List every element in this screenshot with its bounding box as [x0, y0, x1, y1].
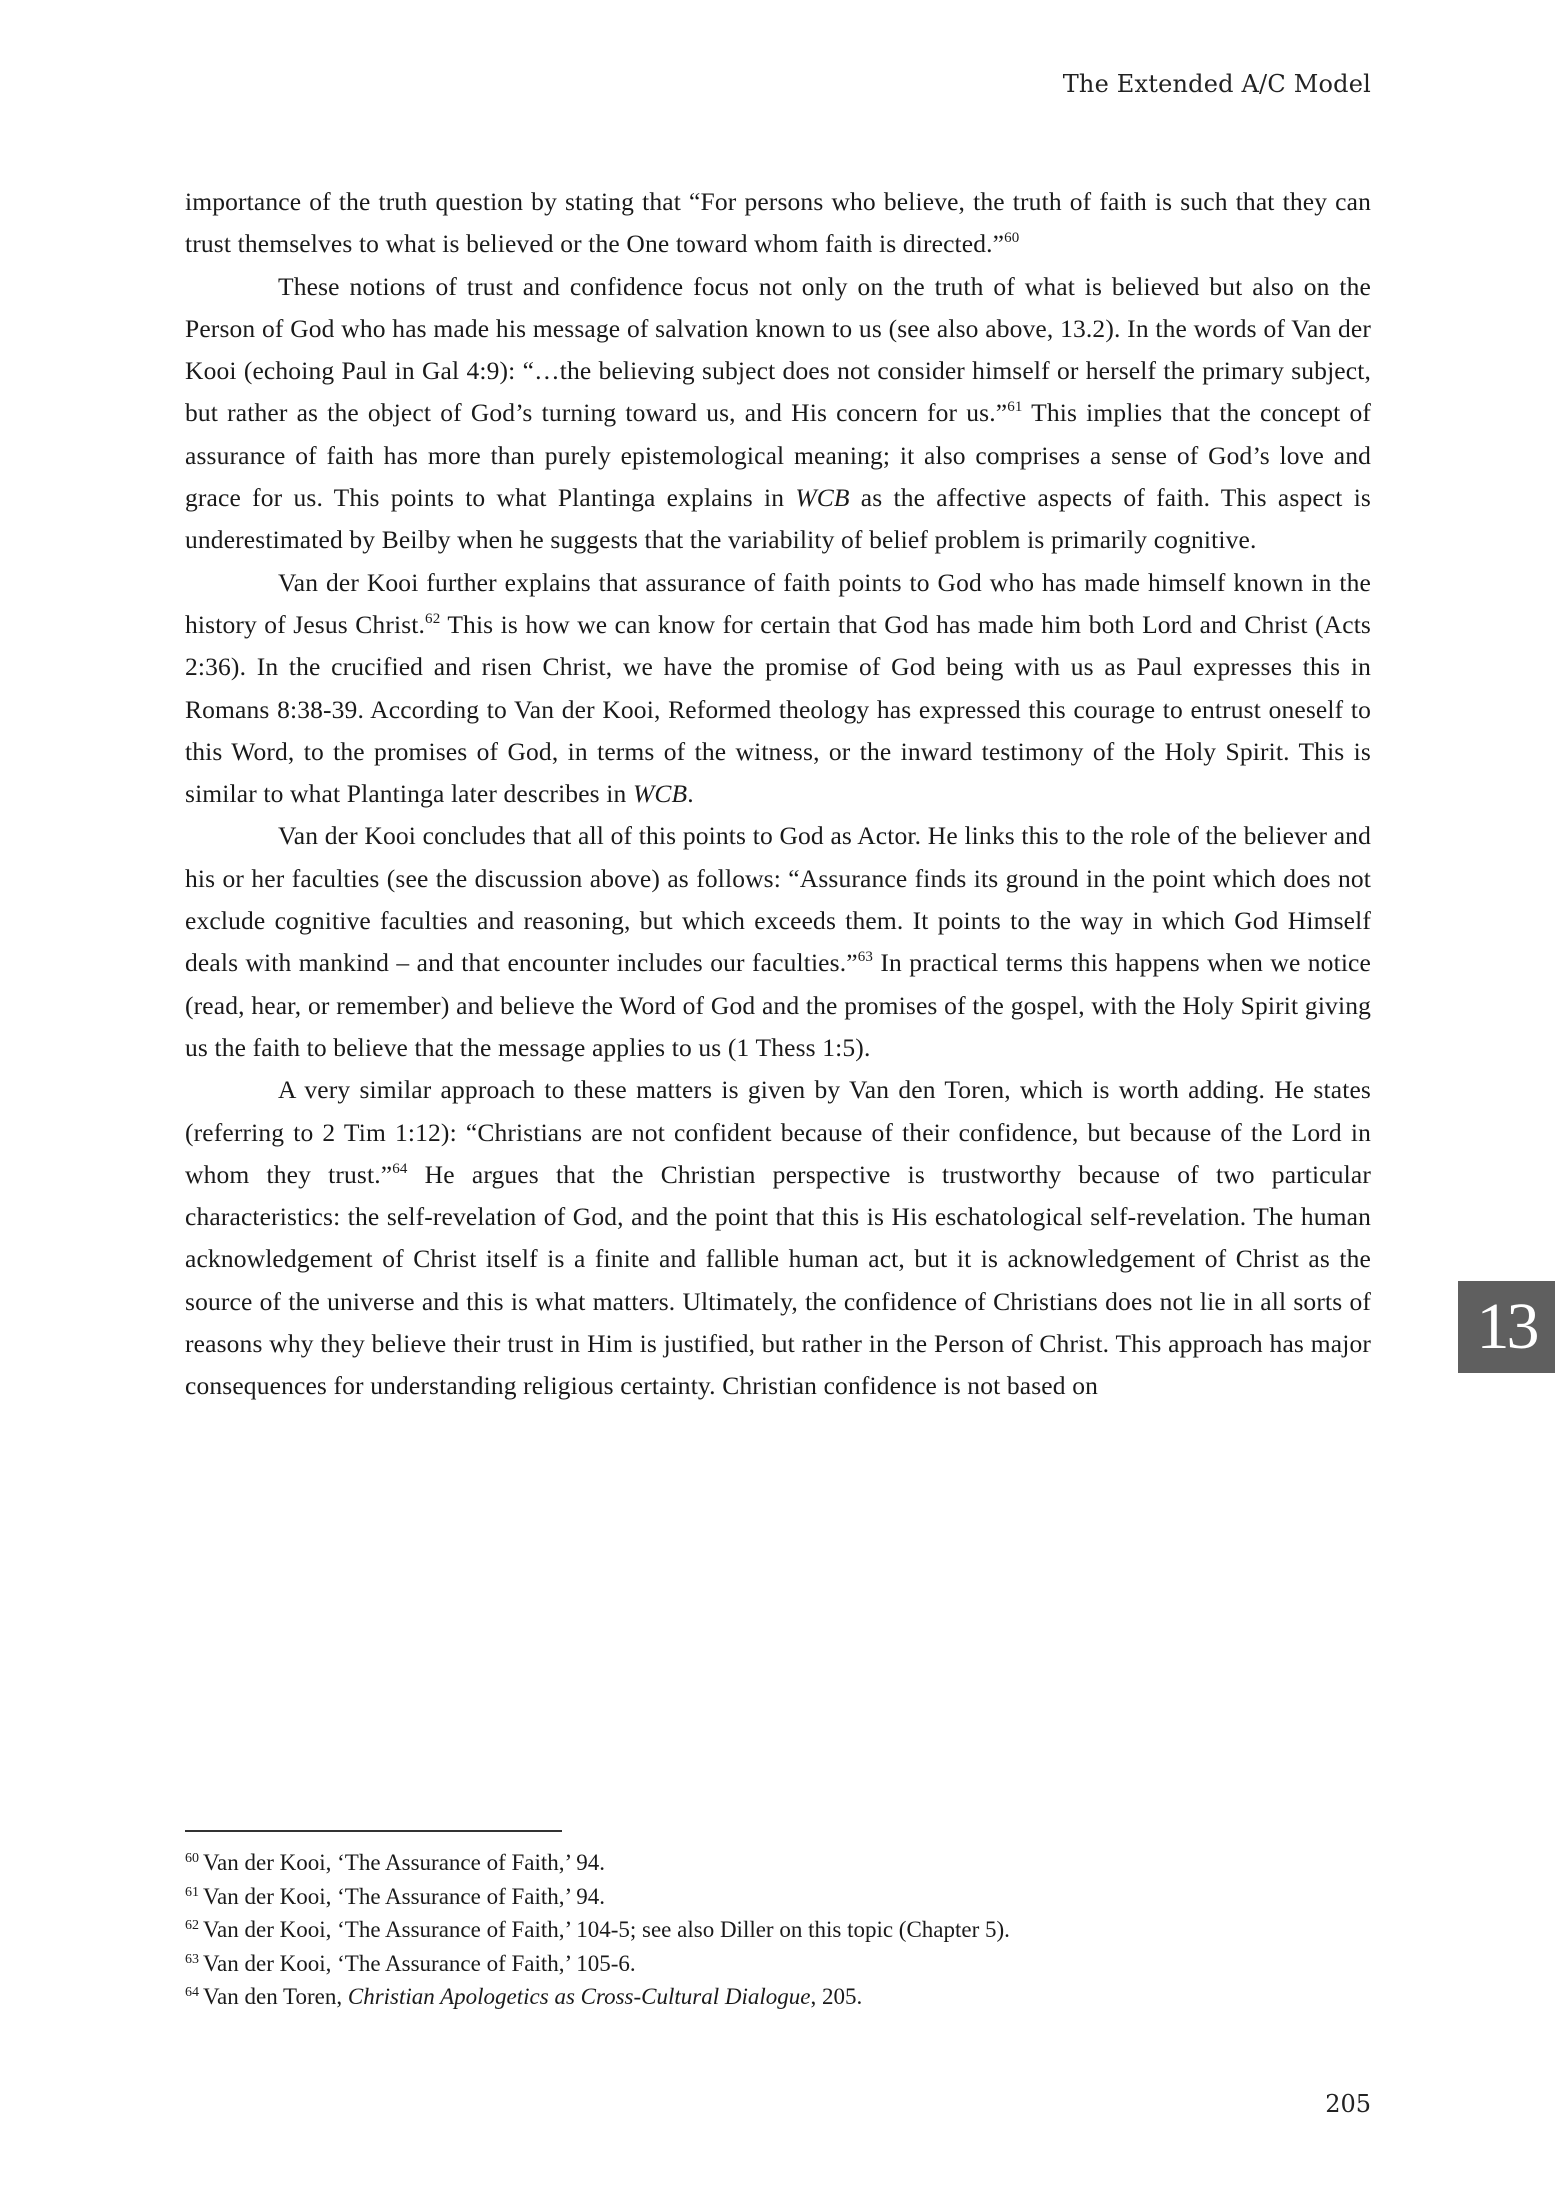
paragraph: These notions of trust and confidence fo…: [185, 266, 1371, 562]
footnote-reference[interactable]: 60: [1004, 230, 1019, 246]
running-head-title: The Extended A/C Model: [1063, 70, 1371, 98]
footnote-reference[interactable]: 63: [858, 949, 873, 965]
footnote: 62Van der Kooi, ‘The Assurance of Faith,…: [185, 1913, 1335, 1947]
footnote-number: 60: [185, 1851, 199, 1866]
chapter-thumb-tab: 13: [1458, 1281, 1555, 1373]
footnote: 60Van der Kooi, ‘The Assurance of Faith,…: [185, 1846, 1335, 1880]
footnote-number: 62: [185, 1918, 199, 1933]
page-number: 205: [1325, 2090, 1371, 2118]
footnotes: 60Van der Kooi, ‘The Assurance of Faith,…: [185, 1846, 1335, 2014]
footnote-number: 64: [185, 1985, 199, 2000]
footnote: 61Van der Kooi, ‘The Assurance of Faith,…: [185, 1880, 1335, 1914]
paragraph: importance of the truth question by stat…: [185, 181, 1371, 266]
paragraph: Van der Kooi further explains that assur…: [185, 562, 1371, 816]
footnote-number: 61: [185, 1885, 199, 1900]
paragraph-italic-text: WCB: [633, 779, 687, 808]
paragraph: A very similar approach to these matters…: [185, 1069, 1371, 1407]
paragraph-italic-text: WCB: [795, 483, 849, 512]
body-text: importance of the truth question by stat…: [185, 181, 1371, 1408]
footnote-reference[interactable]: 62: [425, 611, 440, 627]
footnote: 64Van den Toren, Christian Apologetics a…: [185, 1980, 1335, 2014]
footnote-reference[interactable]: 61: [1007, 399, 1022, 415]
paragraph: Van der Kooi concludes that all of this …: [185, 815, 1371, 1069]
footnote-divider: [185, 1830, 562, 1832]
footnote: 63Van der Kooi, ‘The Assurance of Faith,…: [185, 1947, 1335, 1981]
footnote-italic-text: Christian Apologetics as Cross-Cultural …: [348, 1984, 811, 2009]
footnote-reference[interactable]: 64: [392, 1161, 407, 1177]
footnote-number: 63: [185, 1952, 199, 1967]
